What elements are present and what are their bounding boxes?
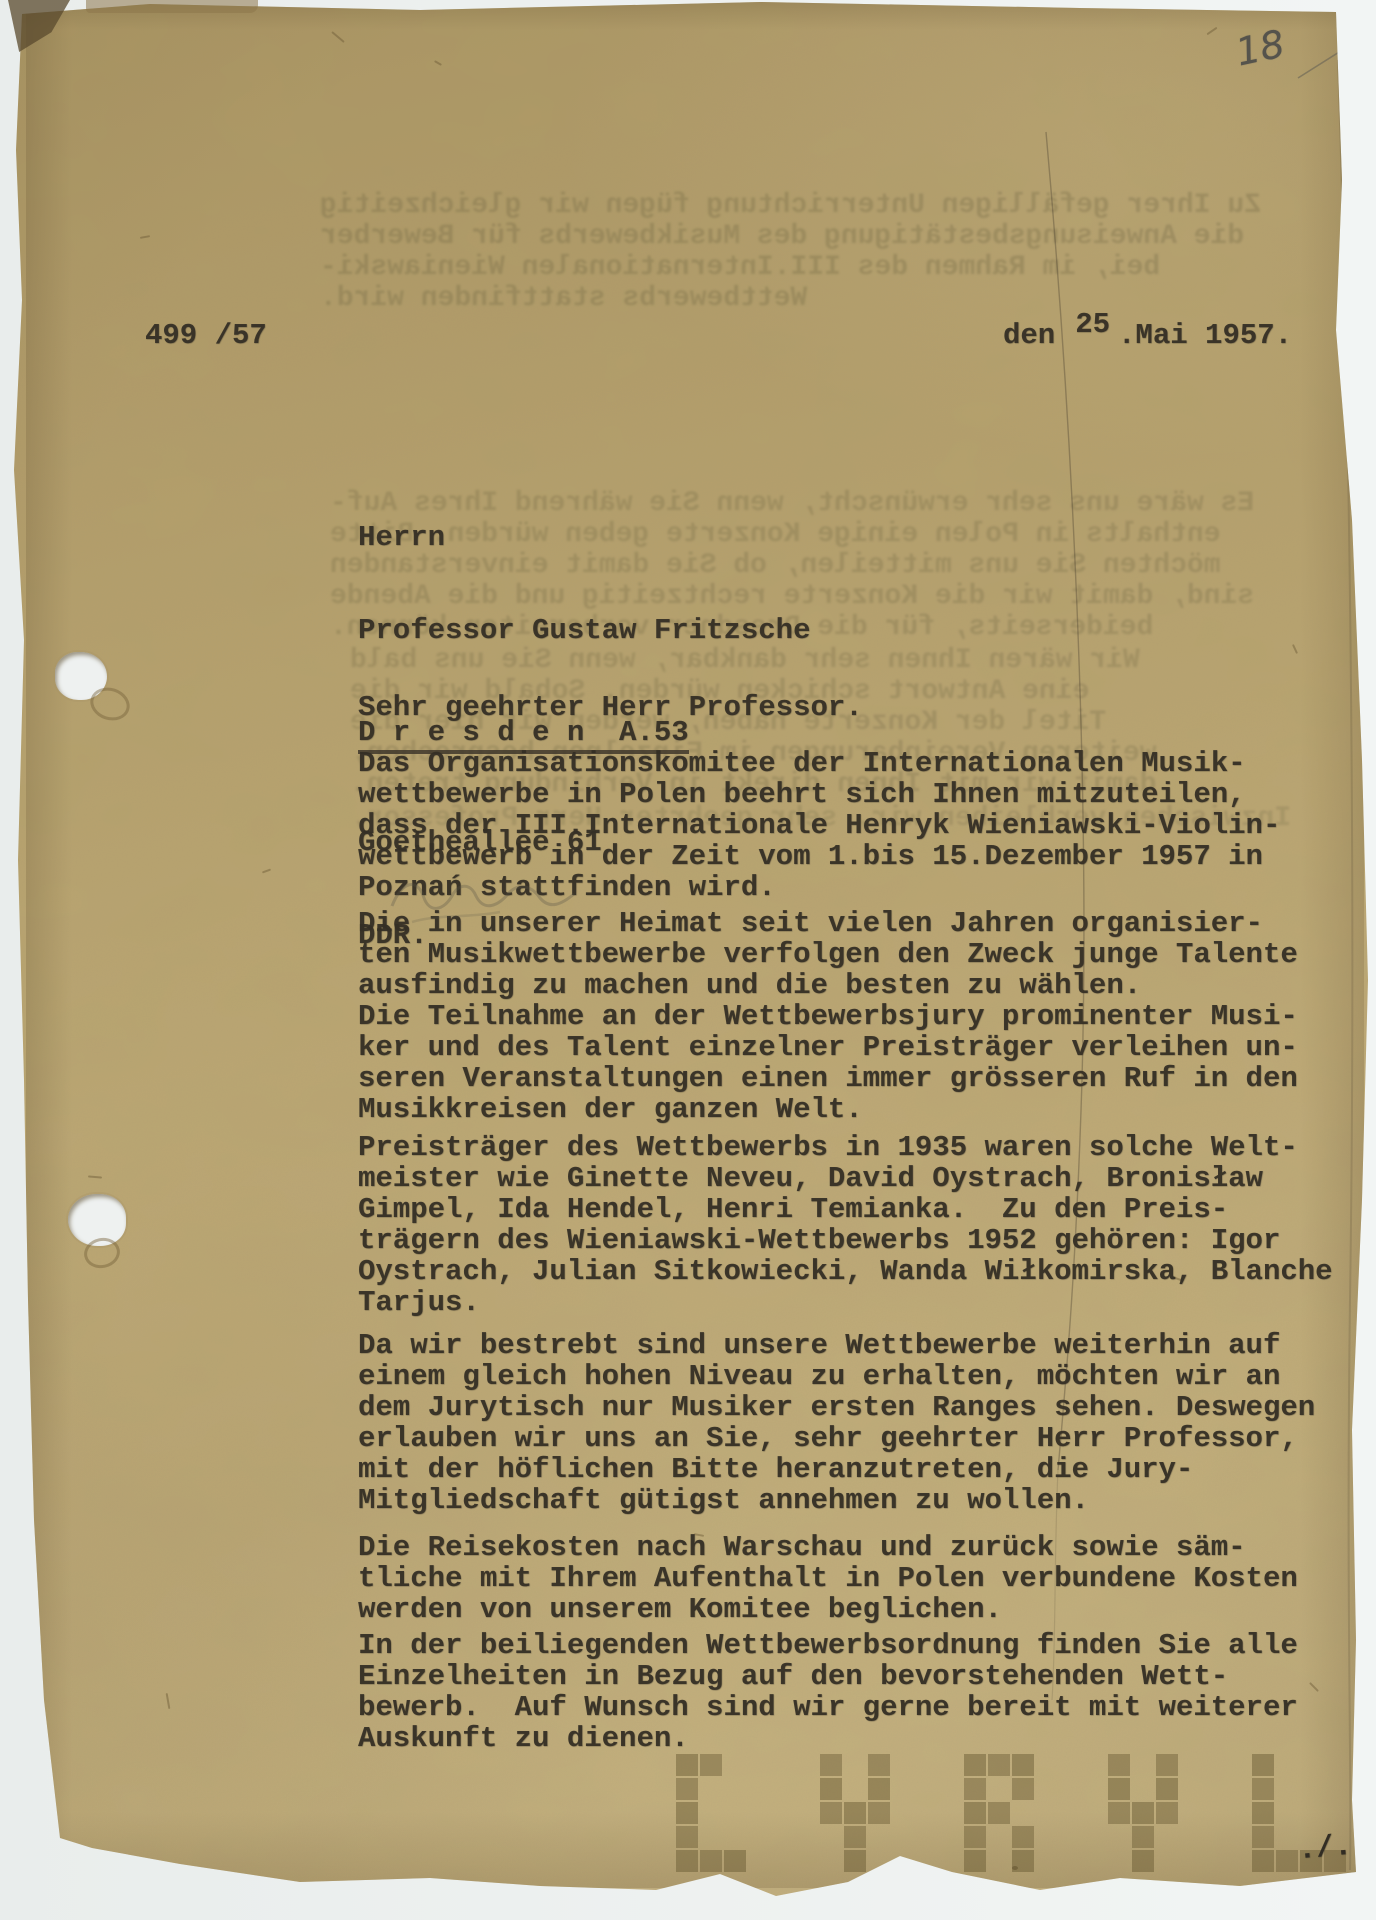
watermark-block (676, 1850, 698, 1872)
text-line: bei, im Rahmen des III.Internationalen W… (320, 252, 1320, 283)
paper-fiber (88, 1175, 102, 1178)
paragraph-3: Preisträger des Wettbewerbs in 1935 ware… (358, 1132, 1333, 1318)
watermark-block (868, 1802, 890, 1824)
scanned-letter: Zu Ihrer gefälligen Unterrichtung fügen … (0, 0, 1376, 1920)
text-line: bewerb. Auf Wunsch sind wir gerne bereit… (358, 1692, 1298, 1723)
watermark-block (1132, 1850, 1154, 1872)
watermark-block (988, 1802, 1010, 1824)
edge-shadow (1300, 0, 1364, 1920)
text-line: wettbewerb in der Zeit vom 1.bis 15.Deze… (358, 841, 1280, 872)
text-line: dass der III.Internationale Henryk Wieni… (358, 810, 1280, 841)
handwritten-page-number: 18 (1232, 21, 1288, 74)
watermark-block (964, 1826, 986, 1848)
watermark-block (724, 1850, 746, 1872)
text-line: Oystrach, Julian Sitkowiecki, Wanda Wiłk… (358, 1256, 1333, 1287)
text-line: ten Musikwettbewerbe verfolgen den Zweck… (358, 939, 1298, 970)
text-line: Mitgliedschaft gütigst annehmen zu wolle… (358, 1485, 1315, 1516)
watermark-block (820, 1778, 842, 1800)
watermark-block (676, 1754, 698, 1776)
text-line: Die Reisekosten nach Warschau und zurück… (358, 1532, 1298, 1563)
watermark-block (988, 1754, 1010, 1776)
recipient-title: Herrn (358, 522, 810, 553)
text-line: erlauben wir uns an Sie, sehr geehrter H… (358, 1423, 1315, 1454)
date-day-superscript: 25 (1075, 309, 1110, 340)
watermark-block (676, 1802, 698, 1824)
watermark-block (1156, 1778, 1178, 1800)
text-line: Die Teilnahme an der Wettbewerbsjury pro… (358, 1001, 1298, 1032)
text-line: Poznań stattfinden wird. (358, 872, 1280, 903)
text-line: ausfindig zu machen und die besten zu wä… (358, 970, 1298, 1001)
text-line: seren Veranstaltungen einen immer grösse… (358, 1063, 1298, 1094)
watermark-block (964, 1778, 986, 1800)
text-line: Auskunft zu dienen. (358, 1723, 1298, 1754)
paragraph-1: Das Organisationskomitee der Internation… (358, 748, 1280, 903)
paper-sheet: Zu Ihrer gefälligen Unterrichtung fügen … (0, 0, 1376, 1920)
text-line: Gimpel, Ida Hendel, Henri Temianka. Zu d… (358, 1194, 1333, 1225)
text-line: In der beiliegenden Wettbewerbsordnung f… (358, 1630, 1298, 1661)
watermark-block (1252, 1754, 1274, 1776)
paragraph-2: Die in unserer Heimat seit vielen Jahren… (358, 908, 1298, 1125)
text-line: Einzelheiten in Bezug auf den bevorstehe… (358, 1661, 1298, 1692)
watermark-block (1012, 1778, 1034, 1800)
watermark-block (700, 1850, 722, 1872)
date-prefix: den (1003, 319, 1055, 352)
paper-fiber (262, 869, 271, 874)
text-line: die Anweisungsbestätigung des Musikbewer… (320, 221, 1320, 252)
watermark-block (1276, 1850, 1298, 1872)
text-line: dem Jurytisch nur Musiker ersten Ranges … (358, 1392, 1315, 1423)
paragraph-4: Da wir bestrebt sind unsere Wettbewerbe … (358, 1330, 1315, 1516)
paragraph-5: Die Reisekosten nach Warschau und zurück… (358, 1532, 1298, 1625)
text-line: Das Organisationskomitee der Internation… (358, 748, 1280, 779)
date-suffix: .Mai 1957. (1118, 319, 1292, 352)
watermark-block (1156, 1754, 1178, 1776)
recipient-name: Professor Gustaw Fritzsche (358, 615, 810, 646)
text-line: Wettbewerbs stattfinden wird. (320, 283, 1320, 314)
paper-fiber (1207, 27, 1218, 36)
watermark-block (700, 1754, 722, 1776)
paragraph-6: In der beiliegenden Wettbewerbsordnung f… (358, 1630, 1298, 1754)
watermark-block (1252, 1826, 1274, 1848)
edge-shadow (26, 0, 72, 1920)
paper-fiber (331, 31, 345, 43)
watermark-block (1252, 1802, 1274, 1824)
text-line: Da wir bestrebt sind unsere Wettbewerbe … (358, 1330, 1315, 1361)
watermark-block (1108, 1778, 1130, 1800)
watermark-block (820, 1754, 842, 1776)
date-line: den25.Mai 1957. (1003, 320, 1292, 351)
watermark-block (1156, 1802, 1178, 1824)
watermark-block (1108, 1802, 1130, 1824)
watermark-block (1108, 1754, 1130, 1776)
watermark-block (820, 1802, 842, 1824)
watermark-block (1012, 1826, 1034, 1848)
watermark-block (676, 1778, 698, 1800)
watermark-block (676, 1826, 698, 1848)
paper-fiber (1292, 644, 1298, 654)
watermark-block (844, 1850, 866, 1872)
text-line: wettbewerbe in Polen beehrt sich Ihnen m… (358, 779, 1280, 810)
text-line: Preisträger des Wettbewerbs in 1935 ware… (358, 1132, 1333, 1163)
paper-fiber (166, 1693, 171, 1709)
watermark-block (964, 1754, 986, 1776)
paper-fiber (434, 60, 442, 66)
text-line: einem gleich hohen Niveau zu erhalten, m… (358, 1361, 1315, 1392)
continuation-mark: ./. (1297, 1832, 1354, 1868)
watermark-block (844, 1826, 866, 1848)
watermark-block (1132, 1826, 1154, 1848)
salutation: Sehr geehrter Herr Professor. (358, 692, 863, 723)
watermark-block (1012, 1850, 1034, 1872)
text-line: meister wie Ginette Neveu, David Oystrac… (358, 1163, 1333, 1194)
text-line: ker und des Talent einzelner Preisträger… (358, 1032, 1298, 1063)
text-line: Tarjus. (358, 1287, 1333, 1318)
text-line: werden von unserem Komitee beglichen. (358, 1594, 1298, 1625)
paper-fiber (1309, 1682, 1319, 1692)
watermark-block (868, 1754, 890, 1776)
text-line: Zu Ihrer gefälligen Unterrichtung fügen … (320, 190, 1320, 221)
watermark-block (1252, 1778, 1274, 1800)
pencil-stroke (1298, 44, 1352, 78)
torn-edge-fragment (86, 0, 258, 13)
text-line: Musikkreisen der ganzen Welt. (358, 1094, 1298, 1125)
watermark-block (868, 1778, 890, 1800)
paper-fiber (140, 235, 150, 239)
watermark-block (1012, 1754, 1034, 1776)
watermark-block (1252, 1850, 1274, 1872)
reference-number: 499 /57 (145, 320, 267, 351)
watermark-block (964, 1802, 986, 1824)
text-line: Die in unserer Heimat seit vielen Jahren… (358, 908, 1298, 939)
page-edge-crease (1338, 60, 1352, 1870)
watermark-block (964, 1850, 986, 1872)
watermark-block (844, 1802, 866, 1824)
bleedthrough-block: Zu Ihrer gefälligen Unterrichtung fügen … (320, 190, 1320, 314)
watermark-cyryl (676, 1754, 1356, 1874)
text-line: tliche mit Ihrem Aufenthalt in Polen ver… (358, 1563, 1298, 1594)
text-line: mit der höflichen Bitte heranzutreten, d… (358, 1454, 1315, 1485)
watermark-block (1132, 1802, 1154, 1824)
text-line: trägern des Wieniawski-Wettbewerbs 1952 … (358, 1225, 1333, 1256)
